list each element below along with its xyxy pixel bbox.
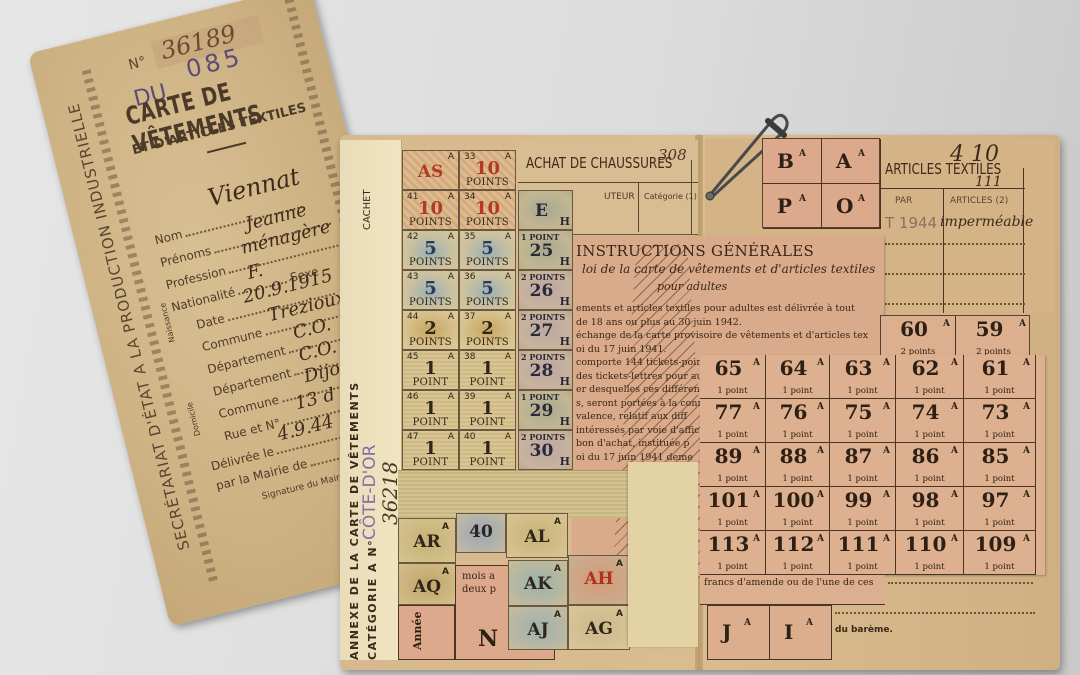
ration-stamp: 33A10POINTS — [459, 150, 516, 190]
coupon: 59A2 points — [956, 316, 1031, 360]
coupon: 111A1 point — [830, 531, 896, 575]
coupon: 100A1 point — [766, 487, 830, 531]
annee-label: Année — [411, 611, 424, 650]
code-stamp: AAR — [398, 518, 456, 563]
column-categorie: Catégorie (1) — [644, 192, 697, 201]
dotted-line — [835, 612, 1035, 614]
column-articles: ARTICLES (2) — [950, 196, 1008, 206]
ration-stamp-h: 2 POINTS26H — [518, 270, 573, 310]
code-stamp: 40 — [456, 513, 506, 553]
coupon-row-2-points: 60A2 points 59A2 points — [880, 315, 1030, 360]
letter-coupons-top: BA AA PA OA — [762, 138, 880, 228]
ration-stamp: 45A1POINT — [402, 350, 459, 390]
coupon: 61A1 point — [964, 355, 1036, 399]
bareme-text: du barème. — [835, 625, 893, 635]
code-stamp: AAH — [568, 555, 630, 605]
coupon: 109A1 point — [964, 531, 1036, 575]
ration-stamp-h: EH — [518, 190, 573, 230]
coupon: 97A1 point — [964, 487, 1036, 531]
ration-stamp: 34A10POINTS — [459, 190, 516, 230]
header-rule — [518, 182, 698, 183]
coupon: 113A1 point — [700, 531, 766, 575]
coupon: 98A1 point — [896, 487, 964, 531]
ration-stamp: 47A1POINT — [402, 430, 459, 470]
coupon: 88A1 point — [766, 443, 830, 487]
handwritten-note-top: 4 10 — [950, 142, 999, 167]
coupon: 77A1 point — [700, 399, 766, 443]
coupon-letter: OA — [822, 184, 881, 229]
column-divider — [943, 188, 944, 313]
ration-stamp: 36A5POINTS — [459, 270, 516, 310]
header-rule — [880, 188, 1025, 189]
code-stamp: AAK — [508, 560, 568, 606]
column-auteur: UTEUR — [604, 192, 635, 202]
ration-stamp: 37A2POINTS — [459, 310, 516, 350]
handwritten-number: 308 — [658, 146, 687, 164]
coupon: 63A1 point — [830, 355, 896, 399]
ration-stamp: 39A1POINT — [459, 390, 516, 430]
code-stamp: AAG — [568, 605, 630, 650]
ration-stamp-h: 1 POINT25H — [518, 230, 573, 270]
ration-stamp-h: 2 POINTS28H — [518, 350, 573, 390]
letter-coupons-bottom: JA IA — [707, 605, 832, 660]
annex-strip: CACHET CÔTE-D'OR ANNEXE DE LA CARTE DE V… — [340, 140, 402, 660]
coupon: 110A1 point — [896, 531, 964, 575]
ration-stamp-h: 2 POINTS30H — [518, 430, 573, 470]
annex-label: ANNEXE DE LA CARTE DE VÊTEMENTS CATÉGORI… — [346, 381, 382, 660]
coupon: 74A1 point — [896, 399, 964, 443]
coupon: 87A1 point — [830, 443, 896, 487]
coupon: 99A1 point — [830, 487, 896, 531]
coupon: 85A1 point — [964, 443, 1036, 487]
coupon-grid-1-point: 65A1 point 64A1 point 63A1 point 62A1 po… — [700, 355, 1045, 575]
dotted-line — [885, 273, 1025, 275]
number-label: N° — [127, 54, 148, 74]
title-divider — [207, 142, 246, 154]
ration-stamp: 38A1POINT — [459, 350, 516, 390]
date-stamp: T 1944 — [885, 214, 937, 232]
coupon-letter: IA — [770, 606, 832, 659]
ration-stamp: 40A1POINT — [459, 430, 516, 470]
ration-stamp: 46A1POINT — [402, 390, 459, 430]
coupon: 101A1 point — [700, 487, 766, 531]
column-divider — [638, 182, 639, 232]
code-stamp: AAQ — [398, 563, 456, 605]
column-par: PAR — [895, 196, 912, 206]
shoes-title: ACHAT DE CHAUSSURES — [526, 154, 672, 172]
dotted-line — [885, 303, 1025, 305]
instructions-heading: INSTRUCTIONS GÉNÉRALES — [576, 242, 814, 260]
fragment-text: mois adeux p — [462, 570, 496, 596]
penalty-text-strip: francs d'amende ou de l'une de ces — [700, 575, 885, 605]
pink-coupon-fragment: Année — [398, 605, 455, 660]
penalty-text: francs d'amende ou de l'une de ces — [704, 577, 874, 588]
ration-stamp: 44A2POINTS — [402, 310, 459, 350]
handwritten-item: imperméable — [940, 214, 1033, 230]
coupon: 64A1 point — [766, 355, 830, 399]
ration-stamp: 41A10POINTS — [402, 190, 459, 230]
ration-stamp: 42A5POINTS — [402, 230, 459, 270]
coupon-letter: JA — [708, 606, 770, 659]
ration-stamp: AAS — [402, 150, 459, 190]
coupon: 65A1 point — [700, 355, 766, 399]
coupon: 62A1 point — [896, 355, 964, 399]
instructions-subheading-2: pour adultes — [657, 280, 727, 293]
coupon-letter: BA — [763, 139, 822, 184]
coupon: 86A1 point — [896, 443, 964, 487]
dotted-line — [885, 243, 1025, 245]
coupon: 76A1 point — [766, 399, 830, 443]
ration-stamp-h: 2 POINTS27H — [518, 310, 573, 350]
coupon-letter: PA — [763, 184, 822, 229]
instructions-subheading: loi de la carte de vêtements et d'articl… — [582, 262, 875, 276]
coupon: 73A1 point — [964, 399, 1036, 443]
tape-patch — [628, 462, 698, 647]
coupon-letter: AA — [822, 139, 881, 184]
coupon-letter-n: N — [478, 626, 498, 652]
code-stamp: AAJ — [508, 606, 568, 650]
cachet-label: CACHET — [362, 189, 373, 230]
dotted-line — [888, 582, 1033, 584]
ration-stamp: 35A5POINTS — [459, 230, 516, 270]
coupon: 75A1 point — [830, 399, 896, 443]
coupon: 112A1 point — [766, 531, 830, 575]
column-divider — [1023, 168, 1024, 313]
coupon: 60A2 points — [881, 316, 956, 360]
code-stamp: AAL — [506, 513, 568, 558]
coupon: 89A1 point — [700, 443, 766, 487]
domicile-label: Domicile — [185, 401, 202, 437]
ration-stamp-h: 1 POINT29H — [518, 390, 573, 430]
ration-stamp: 43A5POINTS — [402, 270, 459, 310]
